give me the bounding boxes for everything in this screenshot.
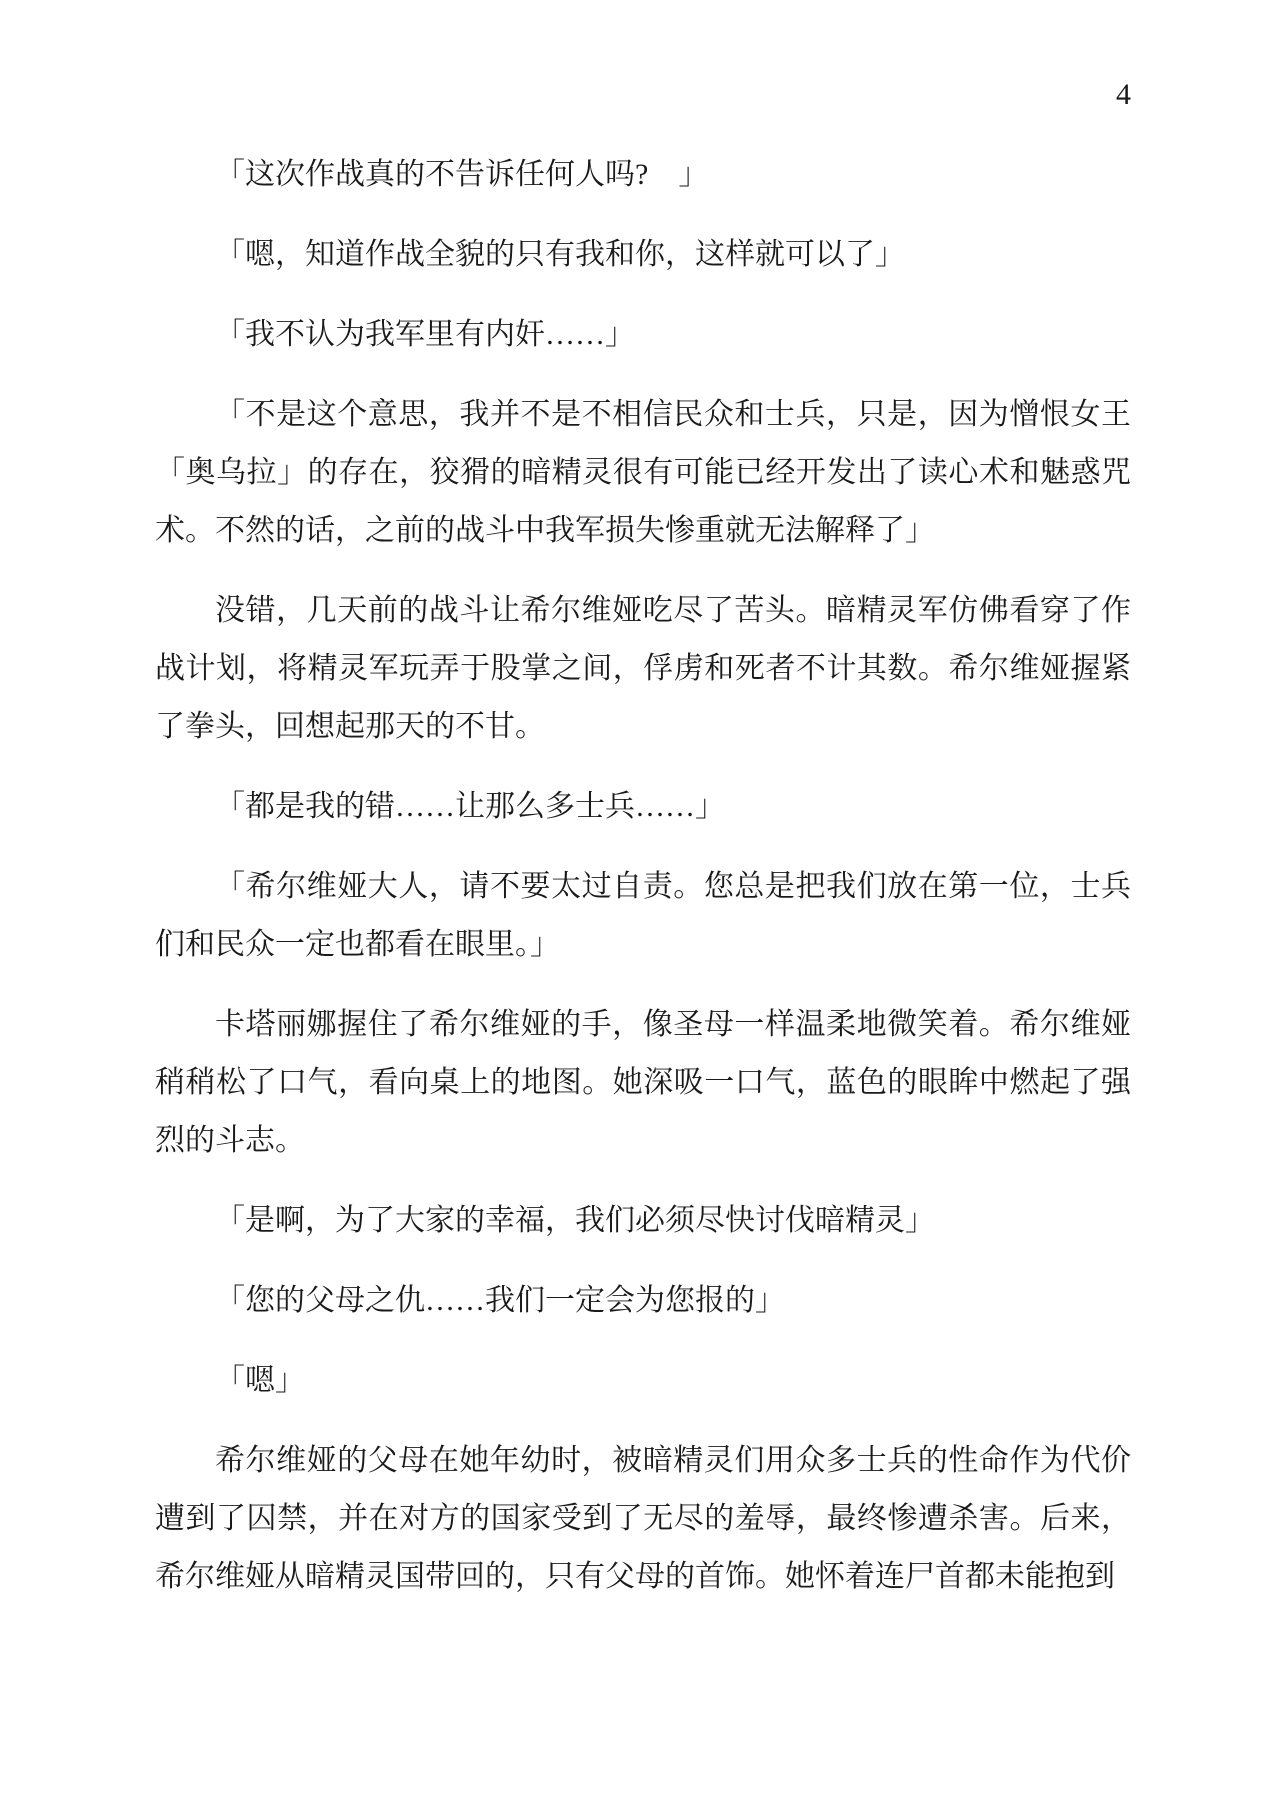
paragraph-dialogue-8: 「您的父母之仇……我们一定会为您报的」 (155, 1272, 1131, 1330)
paragraph-dialogue-2: 「嗯，知道作战全貌的只有我和你，这样就可以了」 (155, 226, 1131, 284)
page-content: 「这次作战真的不告诉任何人吗? 」 「嗯，知道作战全貌的只有我和你，这样就可以了… (155, 146, 1131, 1628)
paragraph-dialogue-1: 「这次作战真的不告诉任何人吗? 」 (155, 146, 1131, 204)
page-number: 4 (155, 76, 1131, 114)
paragraph-dialogue-3: 「我不认为我军里有内奸……」 (155, 306, 1131, 364)
paragraph-dialogue-7: 「是啊，为了大家的幸福，我们必须尽快讨伐暗精灵」 (155, 1192, 1131, 1250)
paragraph-narration-2: 卡塔丽娜握住了希尔维娅的手，像圣母一样温柔地微笑着。希尔维娅稍稍松了口气，看向桌… (155, 996, 1131, 1170)
paragraph-dialogue-6: 「希尔维娅大人，请不要太过自责。您总是把我们放在第一位，士兵们和民众一定也都看在… (155, 858, 1131, 974)
paragraph-dialogue-9: 「嗯」 (155, 1352, 1131, 1410)
paragraph-narration-1: 没错，几天前的战斗让希尔维娅吃尽了苦头。暗精灵军仿佛看穿了作战计划，将精灵军玩弄… (155, 582, 1131, 756)
paragraph-narration-3: 希尔维娅的父母在她年幼时，被暗精灵们用众多士兵的性命作为代价遭到了囚禁，并在对方… (155, 1432, 1131, 1606)
paragraph-dialogue-5: 「都是我的错……让那么多士兵……」 (155, 778, 1131, 836)
document-page: 4 「这次作战真的不告诉任何人吗? 」 「嗯，知道作战全貌的只有我和你，这样就可… (0, 0, 1280, 1810)
paragraph-dialogue-4: 「不是这个意思，我并不是不相信民众和士兵，只是，因为憎恨女王「奥乌拉」的存在，狡… (155, 386, 1131, 560)
